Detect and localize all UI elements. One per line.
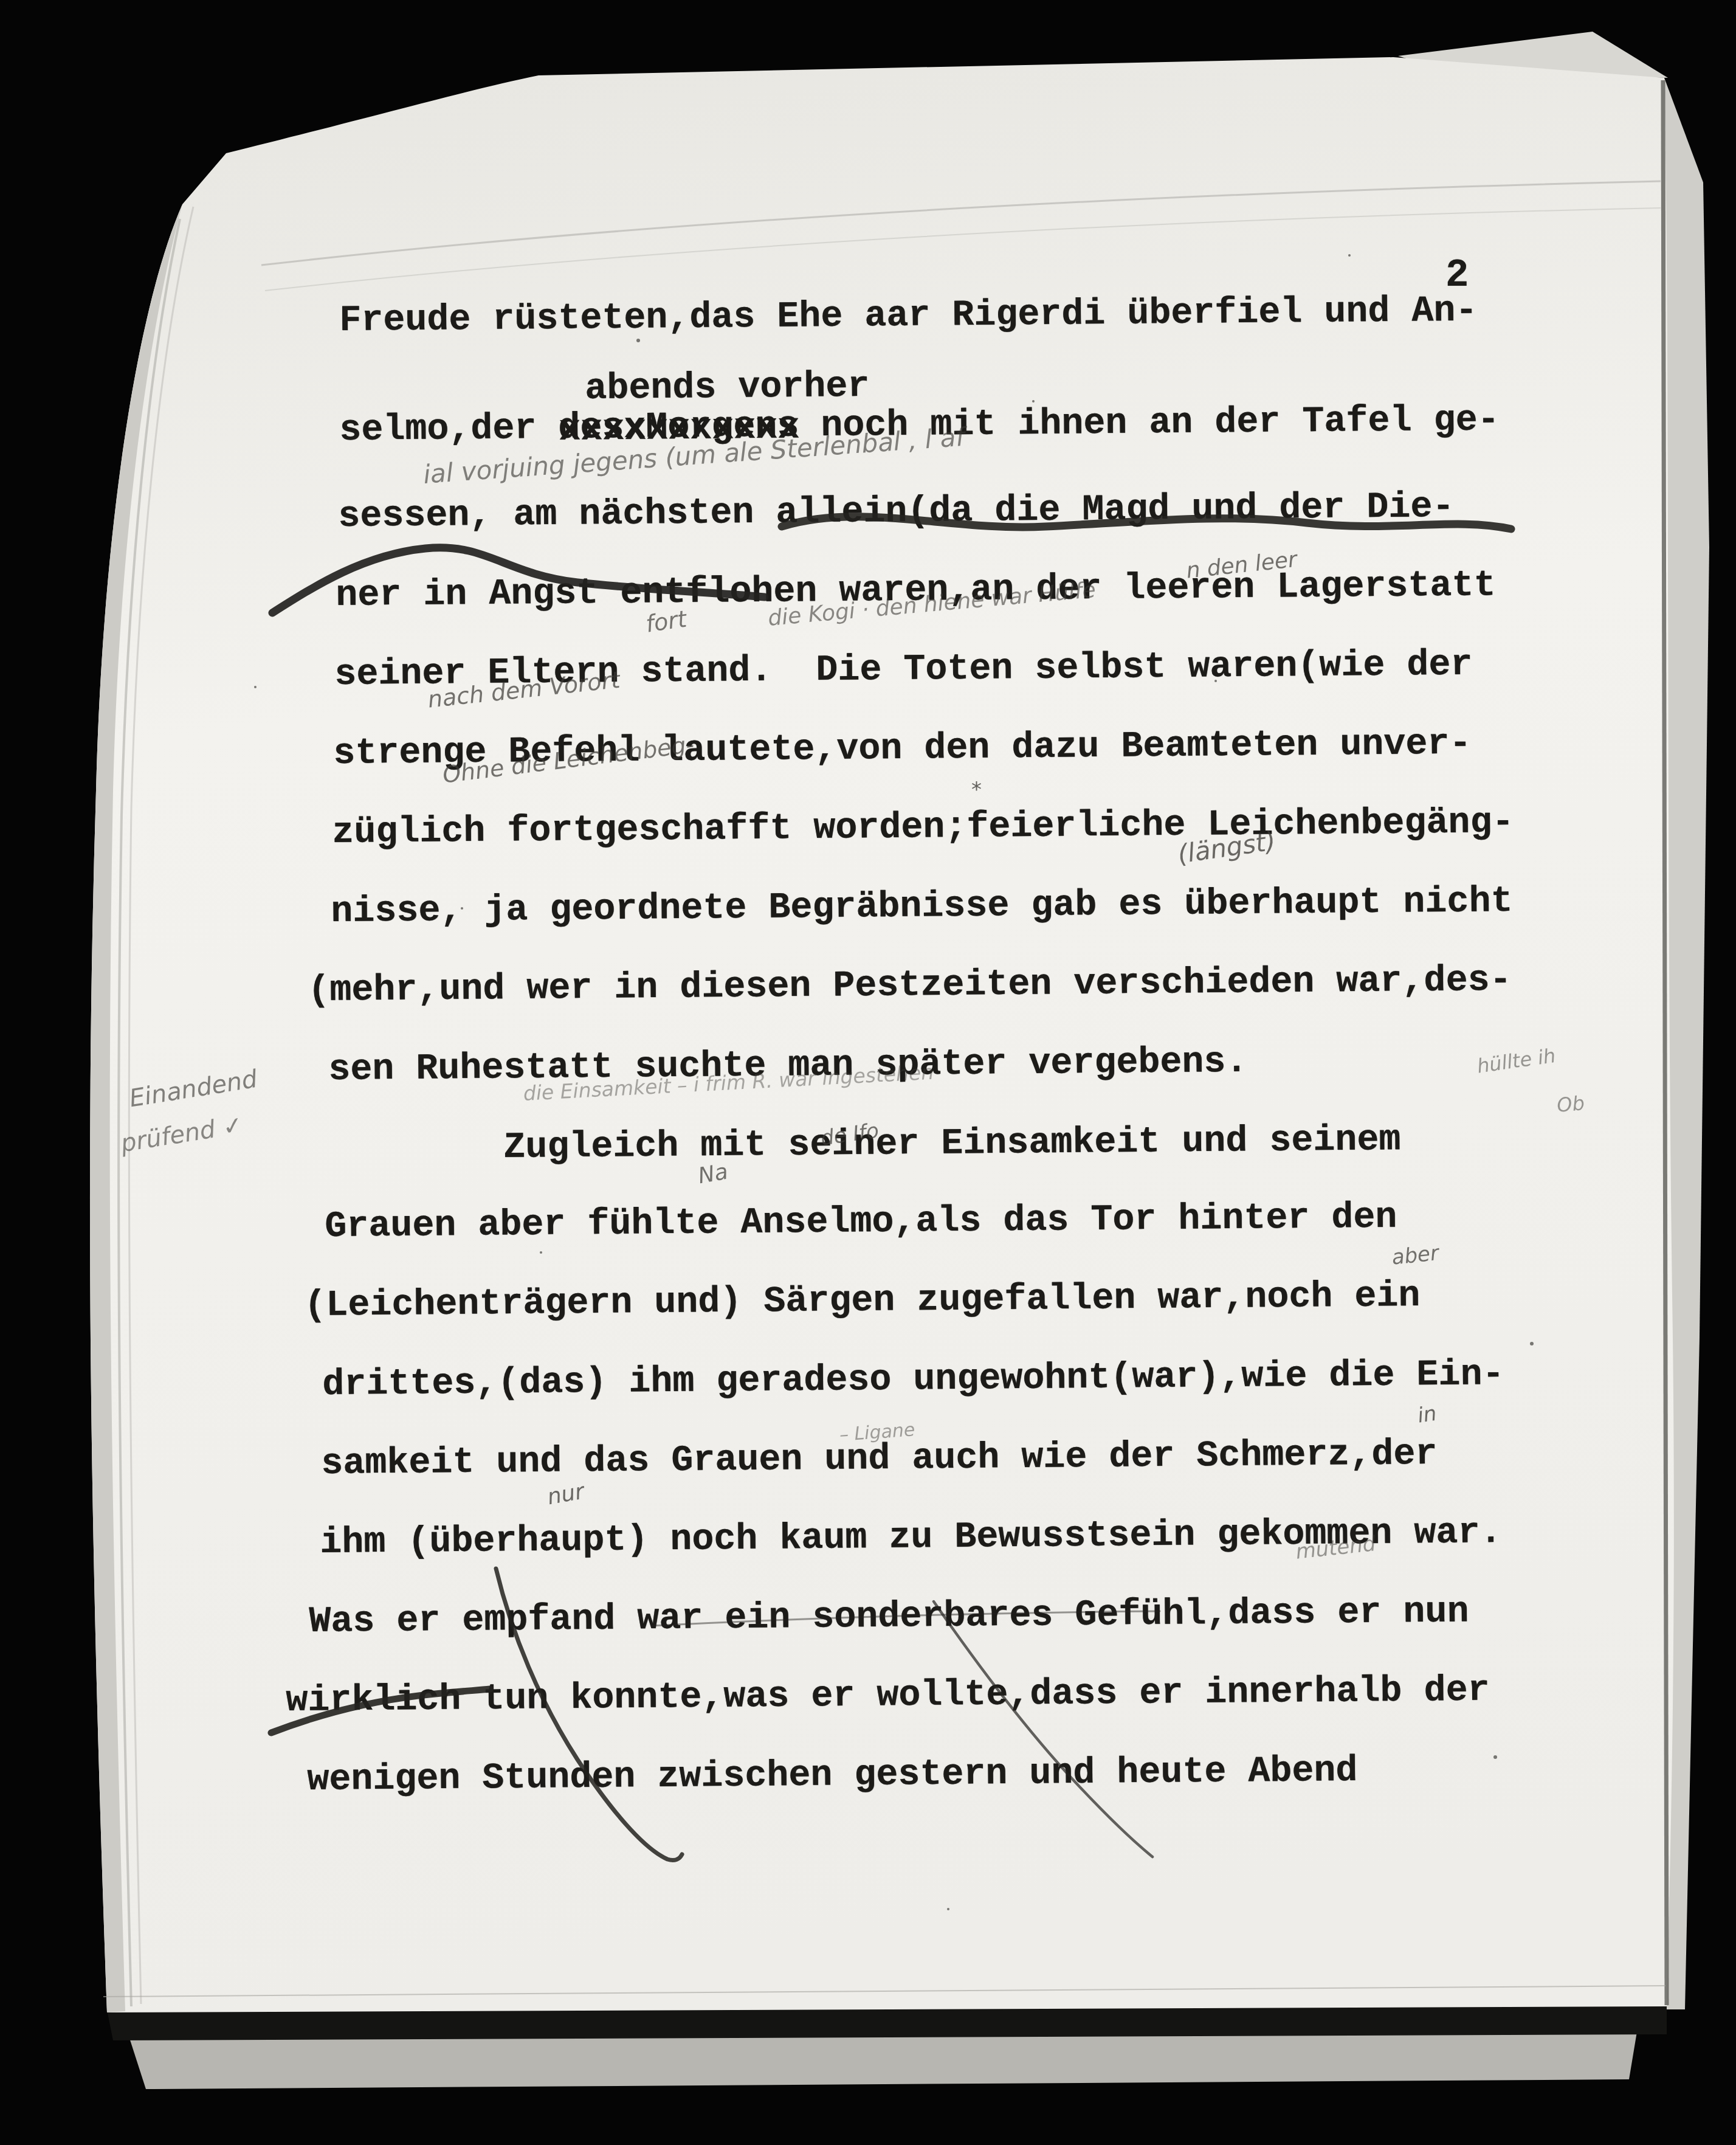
typed-line-09: nisse, ja geordnete Begräbnisse gab es ü…	[331, 883, 1513, 930]
typed-text: sessen, am nächsten allein(da die Magd u…	[338, 486, 1455, 537]
typed-line-20: wenigen Stunden zwischen gestern und heu…	[307, 1753, 1358, 1798]
typed-text: züglich fortgeschafft worden;feierliche …	[332, 802, 1514, 854]
handwritten-note-15: in	[1416, 1403, 1438, 1426]
typed-text: (Leichenträgern und) Särgen zugefallen w…	[304, 1276, 1421, 1327]
typed-text: selmo,der	[339, 408, 559, 451]
typed-text: (mehr,und wer in diesen Pestzeiten versc…	[308, 960, 1512, 1012]
typed-line-12: Zugleich mit seiner Einsamkeit und seine…	[503, 1122, 1401, 1166]
typed-text: Zugleich mit seiner Einsamkeit und seine…	[503, 1119, 1401, 1169]
handwritten-note-10: Ob	[1556, 1093, 1585, 1115]
handwritten-note-09: hüllte ih	[1476, 1046, 1557, 1076]
typed-line-13: Grauen aber fühlte Anselmo,als das Tor h…	[325, 1200, 1397, 1245]
typed-text: Freude rüsteten,das Ehe aar Rigerdi über…	[339, 291, 1478, 342]
typed-text: Was er empfand war ein sonderbares Gefüh…	[309, 1591, 1469, 1643]
typed-text: Grauen aber fühlte Anselmo,als das Tor h…	[325, 1197, 1397, 1248]
typed-line-01: Freude rüsteten,das Ehe aar Rigerdi über…	[339, 293, 1478, 339]
typed-line-02-insertion: abends vorher	[585, 368, 870, 407]
typed-text: abends vorher	[585, 366, 870, 410]
typed-line-04: sessen, am nächsten allein(da die Magd u…	[338, 489, 1455, 535]
handwritten-note-16: nur	[546, 1481, 586, 1509]
typed-line-15: drittes,(das) ihm geradeso ungewohnt(war…	[322, 1356, 1504, 1403]
photographed-manuscript-page: 2 Freude rüsteten,das Ehe aar Rigerdi üb…	[0, 0, 1736, 2145]
typed-text: nisse, ja geordnete Begräbnisse gab es ü…	[331, 881, 1513, 933]
handwritten-margin-note-1: Einandend	[128, 1067, 259, 1111]
handwritten-mark-caret: *	[971, 779, 982, 800]
text-layer: 2 Freude rüsteten,das Ehe aar Rigerdi üb…	[0, 0, 1736, 2145]
typed-text: wirklich tun konnte,was er wollte,dass e…	[286, 1670, 1490, 1722]
typed-line-08: züglich fortgeschafft worden;feierliche …	[332, 804, 1514, 851]
handwritten-note-11: Na	[697, 1161, 730, 1187]
typed-line-14: (Leichenträgern und) Särgen zugefallen w…	[304, 1278, 1421, 1324]
handwritten-margin-note-2: prüfend ✓	[119, 1113, 245, 1156]
typed-line-18: Was er empfand war ein sonderbares Gefüh…	[309, 1594, 1469, 1640]
typed-text: wenigen Stunden zwischen gestern und heu…	[307, 1750, 1358, 1801]
typed-line-10: (mehr,und wer in diesen Pestzeiten versc…	[308, 962, 1512, 1009]
handwritten-note-14: – Ligane	[839, 1421, 915, 1445]
handwritten-note-13: aber	[1391, 1243, 1439, 1268]
handwritten-note-03: fort	[644, 607, 688, 636]
typed-line-19: wirklich tun konnte,was er wollte,dass e…	[286, 1673, 1490, 1719]
typed-text: drittes,(das) ihm geradeso ungewohnt(war…	[322, 1354, 1504, 1406]
